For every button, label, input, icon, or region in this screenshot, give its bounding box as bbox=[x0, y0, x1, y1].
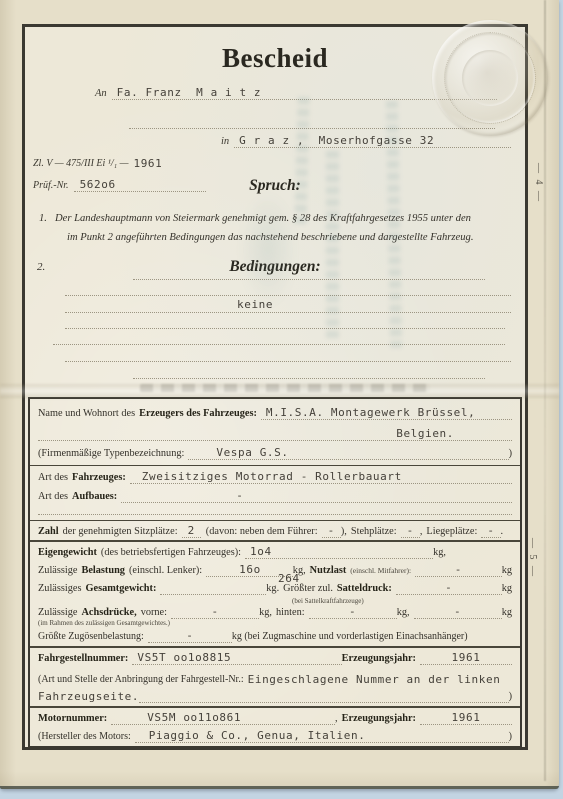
typ-label: (Firmenmäßige Typenbezeichnung: bbox=[38, 447, 184, 460]
blank-line bbox=[38, 514, 512, 515]
anbringung-row: (Art und Stelle der Anbringung der Fahrg… bbox=[38, 673, 512, 686]
achs-hinten-value: - bbox=[349, 606, 356, 618]
belastung-label-rest: (einschl. Lenker): bbox=[129, 564, 202, 577]
typ-value: Vespa G.S. bbox=[216, 447, 288, 459]
divider bbox=[30, 706, 520, 708]
zl-row: Zl. V — 475/III Ei ¹/₁ — 1961 bbox=[33, 157, 515, 170]
bedingungen-line bbox=[133, 378, 485, 379]
erzeuger-value-line2: Belgien. bbox=[396, 428, 454, 440]
sitzplaetze-label: der genehmigten Sitzplätze: bbox=[63, 525, 178, 538]
erzeuger-value-line1: M.I.S.A. Montagewerk Brüssel, bbox=[266, 407, 475, 419]
zugoese-rest: kg (bei Zugmaschine und vorderlastigen E… bbox=[232, 630, 468, 643]
stehplaetze-label: Stehplätze: bbox=[351, 525, 397, 538]
motornummer-label: Motornummer: bbox=[38, 712, 107, 725]
an-label: An bbox=[95, 87, 107, 100]
fahrgestellnummer-label: Fahrgestellnummer: bbox=[38, 652, 128, 665]
art-fahrzeug-value: Zweisitziges Motorrad - Rollerbauart bbox=[142, 471, 402, 483]
erzeuger-row: Name und Wohnort des Erzeugers des Fahrz… bbox=[38, 407, 512, 420]
recipient-city-row: in G r a z , Moserhofgasse 32 bbox=[221, 135, 511, 148]
motor-row: Motornummer: VS5M oo11o861 , Erzeugungsj… bbox=[38, 712, 512, 725]
nutzlast-value: - bbox=[455, 564, 462, 576]
satteldruck-unit: kg bbox=[502, 582, 512, 595]
bedingungen-line bbox=[65, 361, 511, 362]
belastung-label-pre: Zulässige bbox=[38, 564, 77, 577]
recipient-name: Fa. Franz M a i t z bbox=[117, 87, 261, 99]
eigengewicht-value: 1o4 bbox=[250, 546, 272, 558]
divider bbox=[30, 520, 520, 521]
divider bbox=[30, 646, 520, 648]
zl-label: Zl. V — 475/III Ei ¹/₁ — bbox=[33, 157, 128, 170]
in-label: in bbox=[221, 135, 229, 148]
liege-end: . bbox=[501, 525, 504, 538]
gesamt-unit: kg. bbox=[266, 582, 279, 595]
nutzlast-label-bold: Nutzlast bbox=[310, 564, 347, 577]
belastung-value: 16o bbox=[239, 564, 261, 576]
typenbezeichnung-row: (Firmenmäßige Typenbezeichnung: Vespa G.… bbox=[38, 447, 512, 460]
fold-crease bbox=[0, 384, 559, 398]
fahrgestellnummer-value: VS5T oo1o8815 bbox=[137, 652, 231, 664]
page-marker-5: — 5 — bbox=[527, 538, 538, 578]
liegeplaetze-value: - bbox=[487, 525, 494, 537]
seal-emblem bbox=[462, 50, 518, 106]
achsdruecke-row: Zulässige Achsdrücke, vorne: - kg, hinte… bbox=[38, 606, 512, 619]
art-aufbau-value: - bbox=[236, 490, 243, 502]
anbringung-value-line2: Fahrzeugseite. bbox=[38, 691, 139, 703]
art-fahrzeug-label: Art des bbox=[38, 471, 68, 484]
art-fahrzeug-row: Art des Fahrzeuges: Zweisitziges Motorra… bbox=[38, 471, 512, 484]
steh-separator: , bbox=[420, 525, 423, 538]
motor-jahr-value: 1961 bbox=[452, 712, 481, 724]
bedingungen-line bbox=[65, 312, 511, 313]
eigengewicht-row: Eigengewicht (des betriebsfertigen Fahrz… bbox=[38, 546, 512, 559]
fahrgestell-jahr-value: 1961 bbox=[452, 652, 481, 664]
satteldruck-value: - bbox=[445, 582, 452, 594]
davon-close: ), bbox=[341, 525, 347, 538]
belastung-row: Zulässige Belastung (einschl. Lenker): 1… bbox=[38, 564, 512, 577]
motor-comma: , bbox=[335, 712, 338, 725]
erzeuger-row-2: Belgien. bbox=[38, 428, 512, 441]
hersteller-label: (Hersteller des Motors: bbox=[38, 730, 131, 743]
achs-label-pre: Zulässige bbox=[38, 606, 77, 619]
achs-extra-value: - bbox=[454, 606, 461, 618]
art-aufbau-label-bold: Aufbaues: bbox=[72, 490, 117, 503]
nutzlast-unit: kg bbox=[502, 564, 512, 577]
achs-vorne-unit: kg, bbox=[259, 606, 272, 619]
anbringung-close-paren: ) bbox=[509, 690, 512, 703]
hersteller-close-paren: ) bbox=[509, 730, 512, 743]
paper-crease bbox=[544, 0, 546, 781]
eigengewicht-label-bold: Eigengewicht bbox=[38, 546, 97, 559]
sattel-label-pre: Größter zul. bbox=[283, 582, 333, 595]
gesamt-label-pre: Zulässiges bbox=[38, 582, 81, 595]
satteldruck-sublabel: (bei Sattelkraftfahrzeuge) bbox=[292, 597, 364, 605]
spruch-item-number: 1. bbox=[39, 209, 47, 228]
anbringung-row-2: Fahrzeugseite. ) bbox=[38, 690, 512, 703]
stehplaetze-value: - bbox=[407, 525, 414, 537]
anbringung-label: (Art und Stelle der Anbringung der Fahrg… bbox=[38, 673, 244, 686]
fahrgestell-row: Fahrgestellnummer: VS5T oo1o8815 Erzeugu… bbox=[38, 652, 512, 665]
achs-vorne-value: - bbox=[211, 606, 218, 618]
erzeuger-label-bold: Erzeugers des Fahrzeuges: bbox=[139, 407, 257, 420]
gesamt-label-bold: Gesamtgewicht: bbox=[85, 582, 156, 595]
paper-bottom-edge bbox=[0, 786, 559, 789]
sitzplaetze-value: 2 bbox=[188, 525, 195, 537]
divider bbox=[30, 540, 520, 542]
eigengewicht-unit: kg, bbox=[433, 546, 446, 559]
hersteller-value: Piaggio & Co., Genua, Italien. bbox=[149, 730, 366, 742]
anbringung-value-line1: Eingeschlagene Nummer an der linken bbox=[248, 674, 501, 686]
achs-hinten-unit: kg, bbox=[397, 606, 410, 619]
scanned-document: — 4 — — 5 — Bescheid An Fa. Franz M a i … bbox=[0, 0, 563, 799]
achs-sublabel: (im Rahmen des zulässigen Gesamtgewichte… bbox=[38, 619, 170, 627]
art-fahrzeug-label-bold: Fahrzeuges: bbox=[72, 471, 126, 484]
motornummer-value: VS5M oo11o861 bbox=[147, 712, 241, 724]
typ-close-paren: ) bbox=[509, 447, 512, 460]
davon-value: - bbox=[328, 525, 335, 537]
achs-extra-unit: kg bbox=[502, 606, 512, 619]
sitzplaetze-row: Zahl der genehmigten Sitzplätze: 2 (davo… bbox=[38, 525, 512, 538]
bleed-through-blob bbox=[238, 190, 298, 310]
liegeplaetze-label: Liegeplätze: bbox=[426, 525, 477, 538]
bedingungen-line bbox=[65, 328, 505, 329]
achs-hinten-label: hinten: bbox=[276, 606, 305, 619]
bedingungen-line bbox=[133, 279, 485, 280]
achs-label-bold: Achsdrücke, bbox=[81, 606, 136, 619]
sitzplaetze-label-bold: Zahl bbox=[38, 525, 59, 538]
erzeuger-label: Name und Wohnort des bbox=[38, 407, 135, 420]
bleed-through-text bbox=[326, 150, 339, 338]
zugoese-row: Größte Zugösenbelastung: - kg (bei Zugma… bbox=[38, 630, 512, 643]
motor-jahr-label: Erzeugungsjahr: bbox=[342, 712, 416, 725]
fahrgestell-jahr-label: Erzeugungsjahr: bbox=[342, 652, 416, 665]
vehicle-description-box: Name und Wohnort des Erzeugers des Fahrz… bbox=[28, 397, 522, 748]
achs-vorne-label: vorne: bbox=[141, 606, 167, 619]
sattel-label-bold: Satteldruck: bbox=[337, 582, 392, 595]
paper-sheet: — 4 — — 5 — Bescheid An Fa. Franz M a i … bbox=[0, 0, 559, 789]
davon-label: (davon: neben dem Führer: bbox=[206, 525, 318, 538]
recipient-address: G r a z , Moserhofgasse 32 bbox=[239, 135, 434, 147]
embossed-seal bbox=[432, 20, 548, 136]
zl-year: 1961 bbox=[133, 158, 162, 170]
hersteller-row: (Hersteller des Motors: Piaggio & Co., G… bbox=[38, 730, 512, 743]
eigengewicht-label: (des betriebsfertigen Fahrzeuges): bbox=[101, 546, 241, 559]
gesamtgewicht-row: Zulässiges Gesamtgewicht: kg. Größter zu… bbox=[38, 582, 512, 595]
bedingungen-line bbox=[53, 344, 505, 345]
zugoese-label: Größte Zugösenbelastung: bbox=[38, 630, 144, 643]
art-aufbau-row: Art des Aufbaues: - bbox=[38, 490, 512, 503]
art-aufbau-label: Art des bbox=[38, 490, 68, 503]
recipient-blank-line bbox=[129, 128, 495, 129]
nutzlast-label-small: (einschl. Mitfahrer): bbox=[350, 564, 411, 577]
divider bbox=[30, 465, 520, 466]
page-marker-4: — 4 — bbox=[533, 163, 544, 203]
zugoese-value: - bbox=[186, 630, 193, 642]
belastung-label-bold: Belastung bbox=[81, 564, 125, 577]
